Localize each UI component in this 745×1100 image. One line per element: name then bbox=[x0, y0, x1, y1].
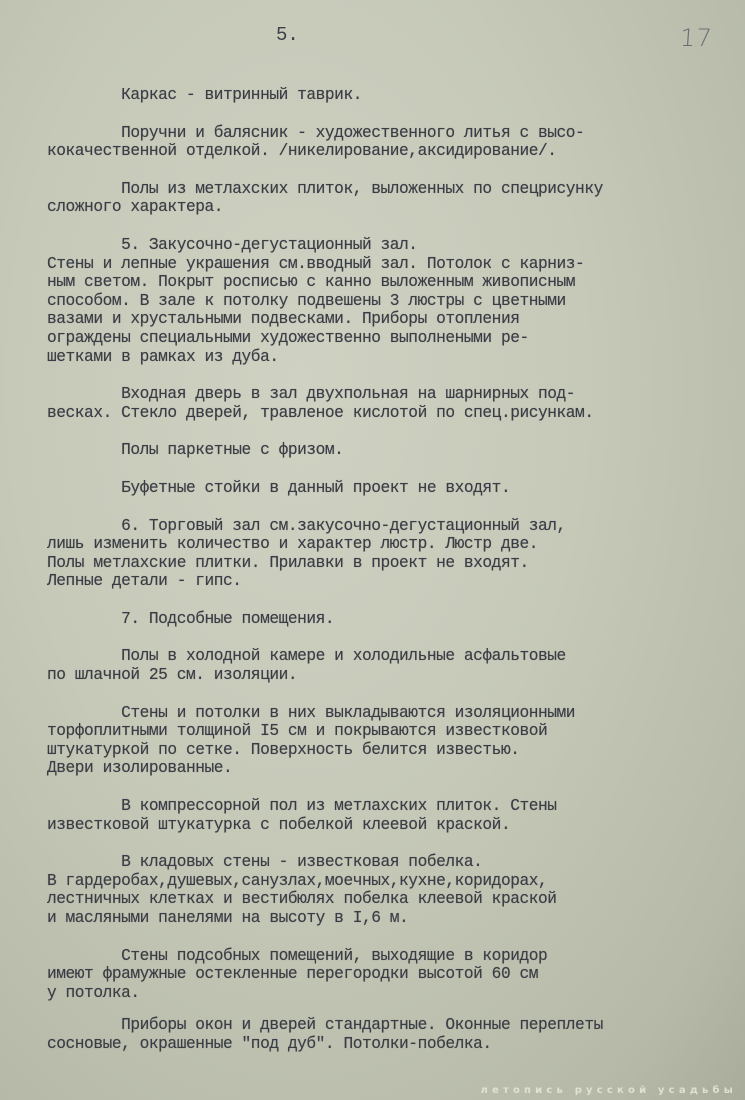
paragraph: Полы паркетные с фризом. bbox=[47, 441, 717, 460]
section-heading: 5. Закусочно-дегустационный зал. bbox=[47, 236, 717, 255]
text-line: способом. В зале к потолку подвешены 3 л… bbox=[47, 292, 717, 311]
handwritten-archive-number: 17 bbox=[679, 24, 714, 52]
text-line: Полы метлахские плитки. Прилавки в проек… bbox=[47, 554, 717, 573]
text-line: В компрессорной пол из метлахских плиток… bbox=[47, 797, 717, 816]
text-line: весках. Стекло дверей, травленое кислото… bbox=[47, 404, 717, 423]
paragraph: Поручни и балясник - художественного лит… bbox=[47, 124, 717, 161]
text-line: Стены и лепные украшения см.вводный зал.… bbox=[47, 255, 717, 274]
text-line: у потолка. bbox=[47, 984, 717, 1003]
text-line: Полы из метлахских плиток, выложенных по… bbox=[47, 180, 717, 199]
text-line: известковой штукатурка с побелкой клеево… bbox=[47, 816, 717, 835]
text-line: и масляными панелями на высоту в I,6 м. bbox=[47, 909, 717, 928]
text-line: ным светом. Покрыт росписью с канно выло… bbox=[47, 273, 717, 292]
paragraph: Стены и потолки в них выкладываются изол… bbox=[47, 704, 717, 778]
text-line: по шлачной 25 см. изоляции. bbox=[47, 666, 717, 685]
text-line: ограждены специальными художественно вып… bbox=[47, 329, 717, 348]
paragraph: Каркас - витринный таврик. bbox=[47, 86, 717, 105]
paragraph: Стены подсобных помещений, выходящие в к… bbox=[47, 947, 717, 1003]
text-line: Поручни и балясник - художественного лит… bbox=[47, 124, 717, 143]
text-line: лишь изменить количество и характер люст… bbox=[47, 535, 717, 554]
paragraph: Полы из метлахских плиток, выложенных по… bbox=[47, 180, 717, 217]
section-5-paragraph: 5. Закусочно-дегустационный зал. Стены и… bbox=[47, 236, 717, 366]
section-heading: 7. Подсобные помещения. bbox=[47, 610, 717, 629]
text-line: Полы паркетные с фризом. bbox=[47, 441, 717, 460]
text-line: В кладовых стены - известковая побелка. bbox=[47, 853, 717, 872]
text-line: имеют фрамужные остекленные перегородки … bbox=[47, 965, 717, 984]
text-line: штукатуркой по сетке. Поверхность белитс… bbox=[47, 741, 717, 760]
text-line: Стены и потолки в них выкладываются изол… bbox=[47, 704, 717, 723]
text-line: Стены подсобных помещений, выходящие в к… bbox=[47, 947, 717, 966]
text-line: лестничных клетках и вестибюлях побелка … bbox=[47, 890, 717, 909]
text-line: сложного характера. bbox=[47, 198, 717, 217]
paragraph: Приборы окон и дверей стандартные. Оконн… bbox=[47, 1016, 717, 1053]
document-body: Каркас - витринный таврик. Поручни и бал… bbox=[47, 86, 717, 1054]
paragraph: Полы в холодной камере и холодильные асф… bbox=[47, 647, 717, 684]
text-line: Каркас - витринный таврик. bbox=[47, 86, 717, 105]
text-line: шетками в рамках из дуба. bbox=[47, 348, 717, 367]
page-number: 5. bbox=[276, 24, 299, 46]
text-line: Входная дверь в зал двухпольная на шарни… bbox=[47, 385, 717, 404]
watermark: летопись русской усадьбы bbox=[480, 1085, 737, 1096]
text-line: Полы в холодной камере и холодильные асф… bbox=[47, 647, 717, 666]
text-line: вазами и хрустальными подвесками. Прибор… bbox=[47, 310, 717, 329]
text-line: В гардеробах,душевых,санузлах,моечных,ку… bbox=[47, 872, 717, 891]
document-page: 5. 17 Каркас - витринный таврик. Поручни… bbox=[0, 0, 745, 1100]
paragraph: Буфетные стойки в данный проект не входя… bbox=[47, 479, 717, 498]
text-line: сосновые, окрашенные "под дуб". Потолки-… bbox=[47, 1035, 717, 1054]
text-line: Двери изолированные. bbox=[47, 759, 717, 778]
section-6-paragraph: 6. Торговый зал см.закусочно-дегустацион… bbox=[47, 517, 717, 591]
text-line: Приборы окон и дверей стандартные. Оконн… bbox=[47, 1016, 717, 1035]
paragraph: В кладовых стены - известковая побелка. … bbox=[47, 853, 717, 927]
text-line: Буфетные стойки в данный проект не входя… bbox=[47, 479, 717, 498]
paragraph: Входная дверь в зал двухпольная на шарни… bbox=[47, 385, 717, 422]
text-line: торфоплитными толщиной I5 см и покрывают… bbox=[47, 722, 717, 741]
section-heading: 6. Торговый зал см.закусочно-дегустацион… bbox=[47, 517, 717, 536]
paragraph: В компрессорной пол из метлахских плиток… bbox=[47, 797, 717, 834]
text-line: кокачественной отделкой. /никелирование,… bbox=[47, 142, 717, 161]
section-7-heading: 7. Подсобные помещения. bbox=[47, 610, 717, 629]
text-line: Лепные детали - гипс. bbox=[47, 572, 717, 591]
